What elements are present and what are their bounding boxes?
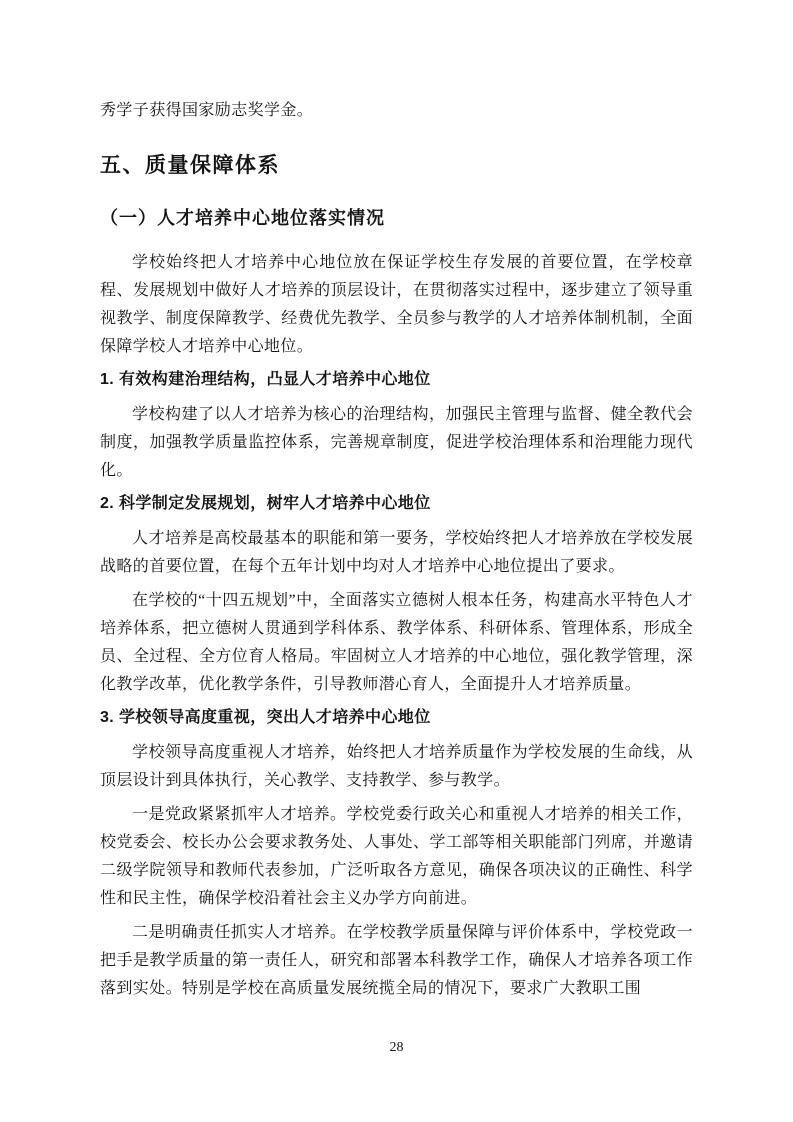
paragraph-leadership-2: 一是党政紧紧抓牢人才培养。学校党委行政关心和重视人才培养的相关工作，校党委会、校… bbox=[100, 801, 693, 913]
paragraph-planning-2: 在学校的“十四五规划”中，全面落实立德树人根本任务，构建高水平特色人才培养体系，… bbox=[100, 587, 693, 699]
paragraph-leadership-3: 二是明确责任抓实人才培养。在学校教学质量保障与评价体系中，学校党政一把手是教学质… bbox=[100, 919, 693, 1003]
subsection-heading: （一）人才培养中心地位落实情况 bbox=[100, 205, 693, 231]
paragraph-planning-1: 人才培养是高校最基本的职能和第一要务，学校始终把人才培养放在学校发展战略的首要位… bbox=[100, 525, 693, 581]
section-heading: 五、质量保障体系 bbox=[100, 151, 693, 181]
numbered-heading-1: 1. 有效构建治理结构，凸显人才培养中心地位 bbox=[100, 367, 693, 393]
paragraph-governance: 学校构建了以人才培养为核心的治理结构，加强民主管理与监督、健全教代会制度，加强教… bbox=[100, 401, 693, 485]
page-number: 28 bbox=[390, 1040, 404, 1055]
numbered-heading-2: 2. 科学制定发展规划，树牢人才培养中心地位 bbox=[100, 491, 693, 517]
document-page: 秀学子获得国家励志奖学金。 五、质量保障体系 （一）人才培养中心地位落实情况 学… bbox=[0, 0, 793, 1122]
paragraph-intro: 学校始终把人才培养中心地位放在保证学校生存发展的首要位置，在学校章程、发展规划中… bbox=[100, 249, 693, 361]
page-footer: 28 bbox=[0, 1038, 793, 1056]
continuation-paragraph: 秀学子获得国家励志奖学金。 bbox=[100, 97, 693, 125]
numbered-heading-3: 3. 学校领导高度重视，突出人才培养中心地位 bbox=[100, 705, 693, 731]
paragraph-leadership-1: 学校领导高度重视人才培养，始终把人才培养质量作为学校发展的生命线，从顶层设计到具… bbox=[100, 739, 693, 795]
